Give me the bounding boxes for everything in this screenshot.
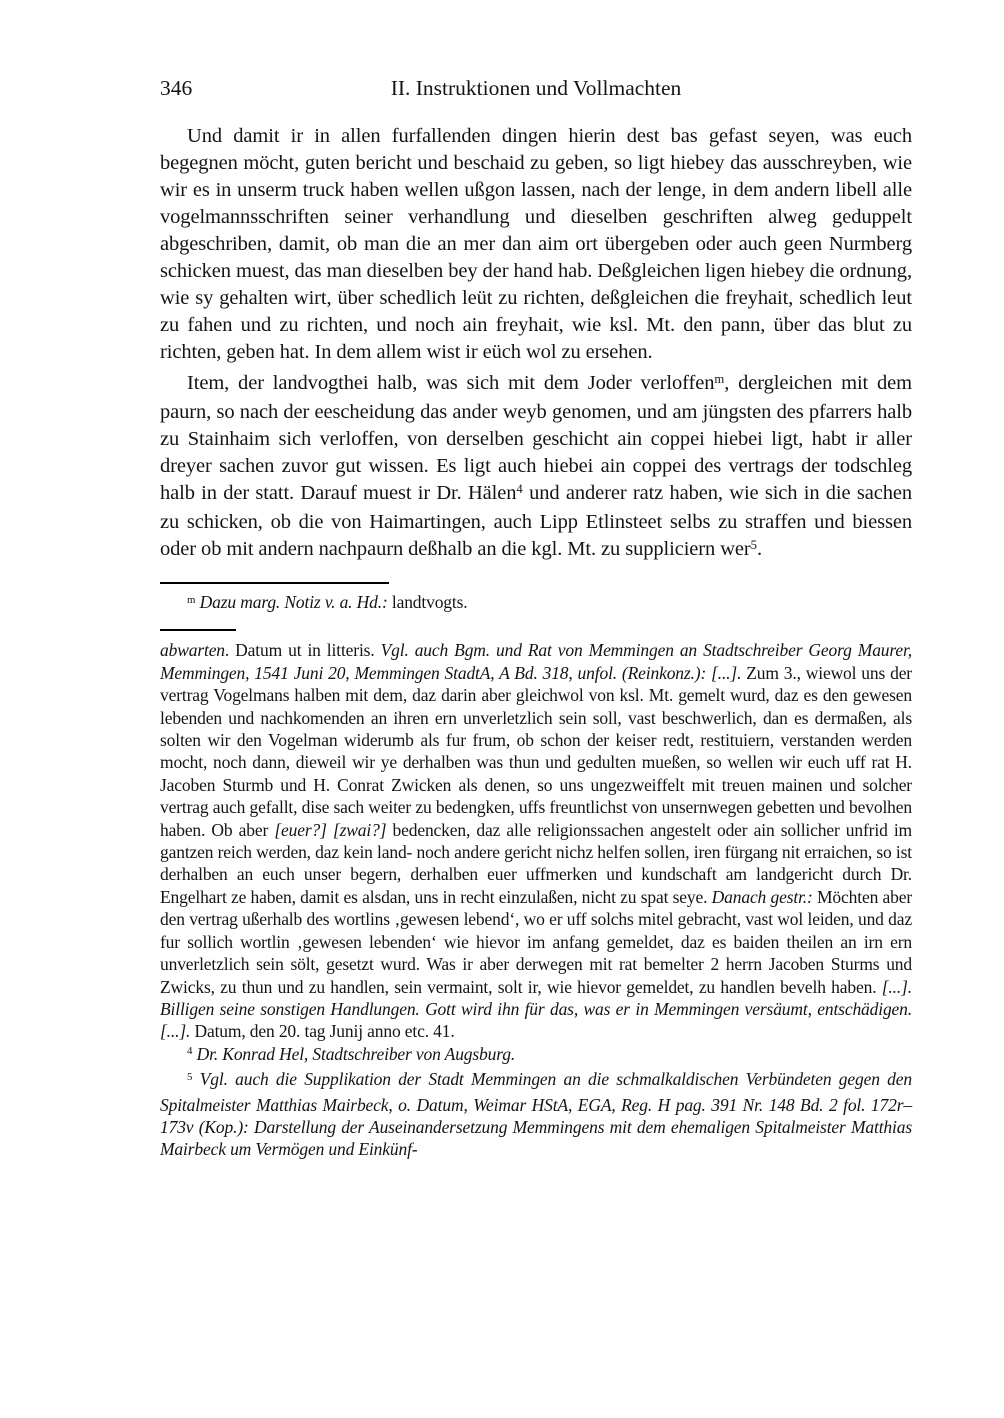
footnote-continuation: abwarten. Datum ut in litteris. Vgl. auc… [160, 639, 912, 1042]
footnote-marginal-note: m Dazu marg. Notiz v. a. Hd.: landtvogts… [160, 591, 912, 616]
text-run: Zum 3., wiewol uns der vertrag Vogelmans… [160, 663, 912, 840]
page: 346 II. Instruktionen und Vollmachten Un… [0, 0, 1004, 1418]
note-marker: m [714, 372, 724, 386]
footnote-continuation-rule [160, 629, 236, 631]
running-header-title: II. Instruktionen und Vollmachten [160, 74, 912, 102]
footnote-separator-rule [160, 582, 389, 584]
note-marker: 4 [516, 482, 522, 496]
footnote-area: m Dazu marg. Notiz v. a. Hd.: landtvogts… [160, 582, 912, 1161]
text-run: . [757, 538, 762, 560]
body-paragraph-2: Item, der landvogthei halb, was sich mit… [160, 370, 912, 565]
text-run: Dr. Konrad Hel, Stadtschreiber von Augsb… [192, 1044, 515, 1064]
text-run: Datum, den 20. tag Junij anno etc. 41. [190, 1021, 454, 1041]
text-run: Vgl. auch die Supplikation der Stadt Mem… [160, 1069, 912, 1159]
body-paragraph-1: Und damit ir in allen furfallenden dinge… [160, 123, 912, 366]
note-marker: 5 [751, 538, 757, 552]
main-text-block: Und damit ir in allen furfallenden dinge… [160, 123, 912, 565]
footnote-4: 4 Dr. Konrad Hel, Stadtschreiber von Aug… [160, 1043, 912, 1068]
running-header: 346 II. Instruktionen und Vollmachten [160, 74, 912, 102]
scanned-book-page: { "page": { "number": "346", "running_ti… [0, 0, 1004, 1418]
note-marker: 5 [187, 1071, 192, 1083]
text-run: abwarten [160, 640, 225, 660]
text-run: . Datum ut in litteris. [225, 640, 381, 660]
text-run: Item, der landvogthei halb, was sich mit… [187, 372, 714, 394]
note-marker: m [187, 594, 195, 606]
text-run: Und damit ir in allen furfallenden dinge… [160, 125, 912, 363]
text-run: [euer?] [zwai?] [274, 820, 386, 840]
note-marker: 4 [187, 1045, 192, 1057]
text-run: Dazu marg. Notiz v. a. Hd.: [195, 592, 387, 612]
text-run: Danach gestr.: [712, 887, 813, 907]
footnote-5: 5 Vgl. auch die Supplikation der Stadt M… [160, 1068, 912, 1161]
text-run: landtvogts. [388, 592, 468, 612]
